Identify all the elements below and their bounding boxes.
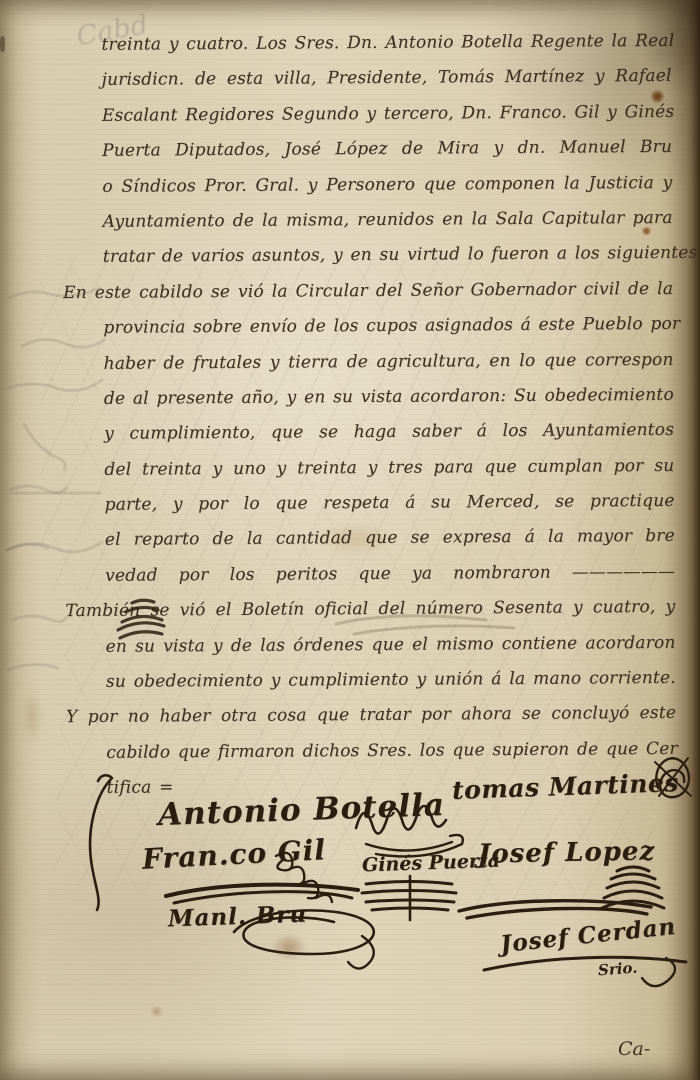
manuscript-line-paragraph-start: En este cabildo se vió la Circular del S…: [63, 272, 673, 312]
manuscript-line-with-rule: vedad por los peritos que ya nombraron —…: [105, 555, 675, 594]
manuscript-line: del treinta y uno y treinta y tres para …: [104, 449, 674, 488]
manuscript-line: y cumplimiento, que se haga saber á los …: [104, 413, 674, 452]
manuscript-line: Ayuntamiento de la misma, reunidos en la…: [103, 201, 673, 240]
signature-rubric-bru: [212, 896, 394, 974]
manuscript-line: el reparto de la cantidad que se expresa…: [105, 519, 675, 558]
catchword: Ca-: [618, 1038, 650, 1060]
manuscript-line: haber de frutales y tierra de agricultur…: [104, 342, 674, 381]
bleed-through-margin-script-lower: [0, 470, 70, 690]
book-page-edge: [687, 0, 700, 1080]
manuscript-line: su obedecimiento y cumplimiento y unión …: [106, 661, 676, 700]
page-corner-shadow: [630, 0, 700, 100]
firmado-flourish: [80, 772, 122, 914]
manuscript-page: Cabd treinta y cuatro. Los Sr: [0, 0, 700, 1080]
manuscript-line: de al presente año, y en su vista acorda…: [104, 378, 674, 417]
manuscript-line-paragraph-start: Y por no haber otra cosa que tratar por …: [66, 696, 676, 736]
manuscript-line: parte, y por lo que respeta á su Merced,…: [105, 484, 675, 523]
manuscript-line: o Síndicos Pror. Gral. y Personero que c…: [102, 165, 672, 204]
stain-left-edge: [22, 690, 42, 742]
manuscript-line: tratar de varios asuntos, y en su virtud…: [103, 236, 673, 275]
manuscript-line: en su vista y de las órdenes que el mism…: [105, 625, 675, 664]
manuscript-line: jurisdicn. de esta villa, Presidente, To…: [102, 59, 672, 98]
signature-underline-cerdan: [478, 948, 693, 990]
manuscript-line: treinta y cuatro. Los Sres. Dn. Antonio …: [101, 24, 671, 63]
ink-coil-mark: [112, 592, 172, 650]
binding-mark: [0, 36, 5, 52]
manuscript-text-block: treinta y cuatro. Los Sres. Dn. Antonio …: [59, 24, 676, 807]
manuscript-line: Puerta Diputados, José López de Mira y d…: [102, 130, 672, 169]
manuscript-line: cabildo que firmaron dichos Sres. los qu…: [106, 732, 676, 771]
stain-spot-bottom: [150, 1006, 163, 1017]
manuscript-line: provincia sobre envío de los cupos asign…: [103, 307, 673, 346]
manuscript-line: Escalant Regidores Segundo y tercero, Dn…: [102, 95, 672, 134]
